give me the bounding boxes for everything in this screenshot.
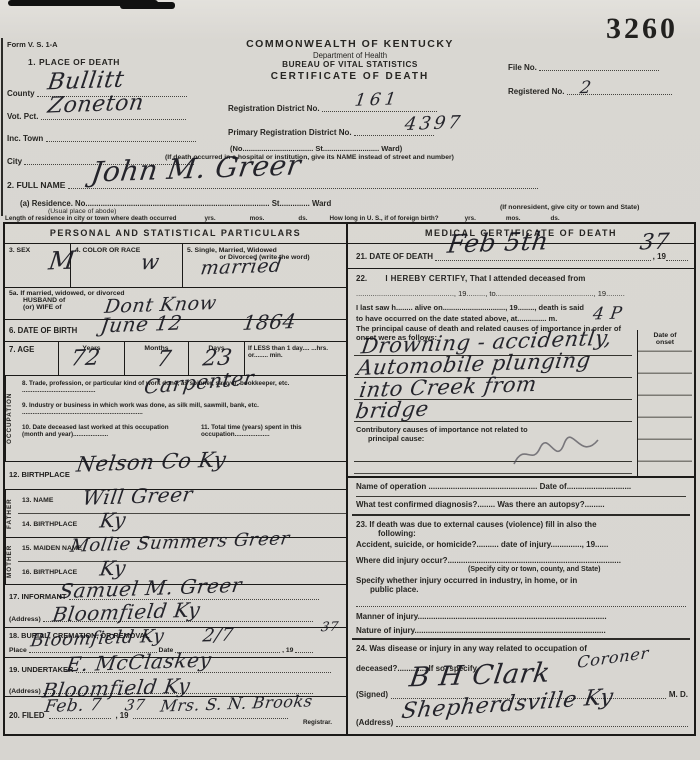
burial-19-label: , 19 [282,647,293,654]
age-label: 7. AGE [5,342,59,375]
city-label: City [7,157,22,166]
file-no-label: File No. [508,63,537,72]
county-label: County [7,89,35,98]
certify-line: 22. I HEREBY CERTIFY, That I attended de… [356,274,688,283]
ds-label-2: ds. [551,215,560,222]
inc-town-label: Inc. Town [7,134,43,143]
undertaker-address-label: (Address) [9,688,41,695]
informant-address-label: (Address) [9,616,41,623]
age-years-value: 72 [69,346,102,372]
contributory-rule-2 [354,473,632,474]
q23-line-2: following: [378,529,688,538]
marital-label: 5. Single, Married, Widowed [187,247,342,254]
precinct-label: Vot. Pct. [7,112,38,121]
stamp-number: 3260 [606,12,678,46]
father-name-value: Will Greer [81,482,195,510]
birthplace-label: 12. BIRTHPLACE [9,470,70,479]
father-side-label: FATHER [5,490,18,537]
inc-town-row: Inc. Town [7,133,196,143]
burial-date-value: 2/7 [201,624,235,646]
filed-year-value: 37 [124,696,147,715]
form-number: Form V. S. 1-A [7,40,58,49]
scan-edge-line [1,38,3,216]
nature-line: Nature of injury........................… [356,626,688,635]
md-label: M. D. [669,690,688,699]
ds-label-1: ds. [298,215,307,222]
dob-year-value: 1864 [241,309,298,335]
operation-underline [356,496,686,497]
scan-smudge-top-2 [120,2,175,9]
signed-value: B H Clark [407,658,552,694]
burial-place-label: Place [9,647,27,654]
burial-year-blank [295,644,313,653]
specify-city-note: (Specify city or town, county, and State… [468,566,688,573]
primary-district-value: 4397 [403,112,464,135]
reg-district-label: Registration District No. [228,104,320,113]
yrs-label-2: yrs. [465,215,476,222]
howlong-label: How long in U. S., if of foreign birth? [329,215,438,222]
dod-year-value: 37 [638,230,671,256]
filed-label: 20. FILED [9,711,45,720]
filed-date-value: Feb. 7 [43,695,103,717]
certify-number: 22. [356,274,367,283]
dob-value: June 12 [99,311,184,338]
mos-label-1: mos. [250,215,265,222]
personal-column: PERSONAL AND STATISTICAL PARTICULARS 3. … [5,224,348,734]
dod-label: 21. DATE OF DEATH [356,252,433,261]
file-no-blank [539,62,659,71]
onset-header-1: Date of [638,332,692,339]
reg-district-value: 161 [353,89,401,111]
dod-value: Feb 5th [446,226,551,258]
certificate-table: PERSONAL AND STATISTICAL PARTICULARS 3. … [3,222,696,736]
abode-note: (Usual place of abode) [48,208,116,215]
death-certificate-scan: 3260 Form V. S. 1-A COMMONWEALTH OF KENT… [0,0,700,760]
primary-district-label: Primary Registration District No. [228,128,352,137]
residence-row: (a) Residence. No.......................… [20,199,331,208]
registered-no-label: Registered No. [508,87,564,96]
length-label: Length of residence in city or town wher… [5,215,176,222]
q23-line-1: 23. If death was due to external causes … [356,520,688,529]
burial-year-value: 37 [320,620,340,636]
illegible-scribble [508,436,603,470]
specify-whether-line-2: public place. [370,585,688,594]
occurred-at-line: to have occurred on the date stated abov… [356,314,688,323]
yrs-label-1: yrs. [204,215,215,222]
medical-column: MEDICAL CERTIFICATE OF DEATH 21. DATE OF… [348,224,694,734]
registrar-label: Registrar. [303,719,332,726]
file-no-row: File No. [508,62,659,72]
dod-divider [348,268,694,269]
age-row: 7. AGE Years Months Days If LESS than 1 … [5,342,346,376]
inc-town-blank [46,133,196,142]
industry-label: 9. Industry or business in which work wa… [22,402,322,416]
nature-underline [352,638,690,640]
signed-label: (Signed) [356,690,388,699]
manner-line: Manner of injury........................… [356,612,688,621]
precinct-value: Zoneton [46,90,146,118]
specify-whether-line-1: Specify whether injury occurred in indus… [356,576,688,585]
commonwealth-title: COMMONWEALTH OF KENTUCKY [190,38,510,50]
blank-dotted-line [356,606,686,607]
certify-bold: I HEREBY CERTIFY, [385,274,467,283]
cause-section-divider [348,476,694,478]
place-of-death-title: 1. PLACE OF DEATH [28,57,120,67]
mother-side-label: MOTHER [5,538,18,584]
cause-line-4: bridge [354,397,430,424]
father-birthplace-value: Ky [98,508,128,533]
test-underline [352,514,690,516]
onset-header-2: onset [638,339,692,346]
nonresident-note: (If nonresident, give city or town and S… [500,204,639,211]
dept-subtitle: Department of Health [190,51,510,60]
total-time-label: 11. Total time (years) spent in this occ… [201,424,331,438]
last-saw-line: I last saw h........ alive on...........… [356,303,688,312]
color-value: w [139,250,161,275]
bureau-subtitle: BUREAU OF VITAL STATISTICS [190,60,510,69]
full-name-label: 2. FULL NAME [7,180,65,190]
dod-year-blank [666,252,688,261]
personal-title: PERSONAL AND STATISTICAL PARTICULARS [5,224,346,244]
undertaker-label: 19. UNDERTAKER [9,665,73,674]
accident-line: Accident, suicide, or homicide?.........… [356,540,688,549]
occupation-side-label: OCCUPATION [5,376,18,461]
test-autopsy-line: What test confirmed diagnosis?........ W… [356,500,688,509]
certify-rest: That I attended deceased from [470,274,586,283]
sex-value: M [47,246,77,276]
operation-line: Name of operation ......................… [356,482,688,491]
address-label: (Address) [356,718,393,727]
certificate-title: CERTIFICATE OF DEATH [190,71,510,82]
where-injury-line: Where did injury occur?.................… [356,556,688,565]
contributory-label-1: Contributory causes of importance not re… [356,425,626,434]
time-of-death-value: 4 P [592,303,624,324]
mos-label-2: mos. [506,215,521,222]
reg-district-row: Registration District No. [228,103,437,113]
length-of-residence-row: Length of residence in city or town wher… [5,215,695,222]
date-of-onset-box: Date of onset [637,330,692,476]
last-worked-label: 10. Date deceased last worked at this oc… [22,424,187,438]
dob-label: 6. DATE OF BIRTH [9,326,77,335]
color-label: 4. COLOR OR RACE [71,244,183,287]
certify-dates-line: ........................................… [356,289,688,298]
age-less-label: If LESS than 1 day.... ...hrs. or.......… [245,342,346,375]
marital-value: married [199,255,283,280]
